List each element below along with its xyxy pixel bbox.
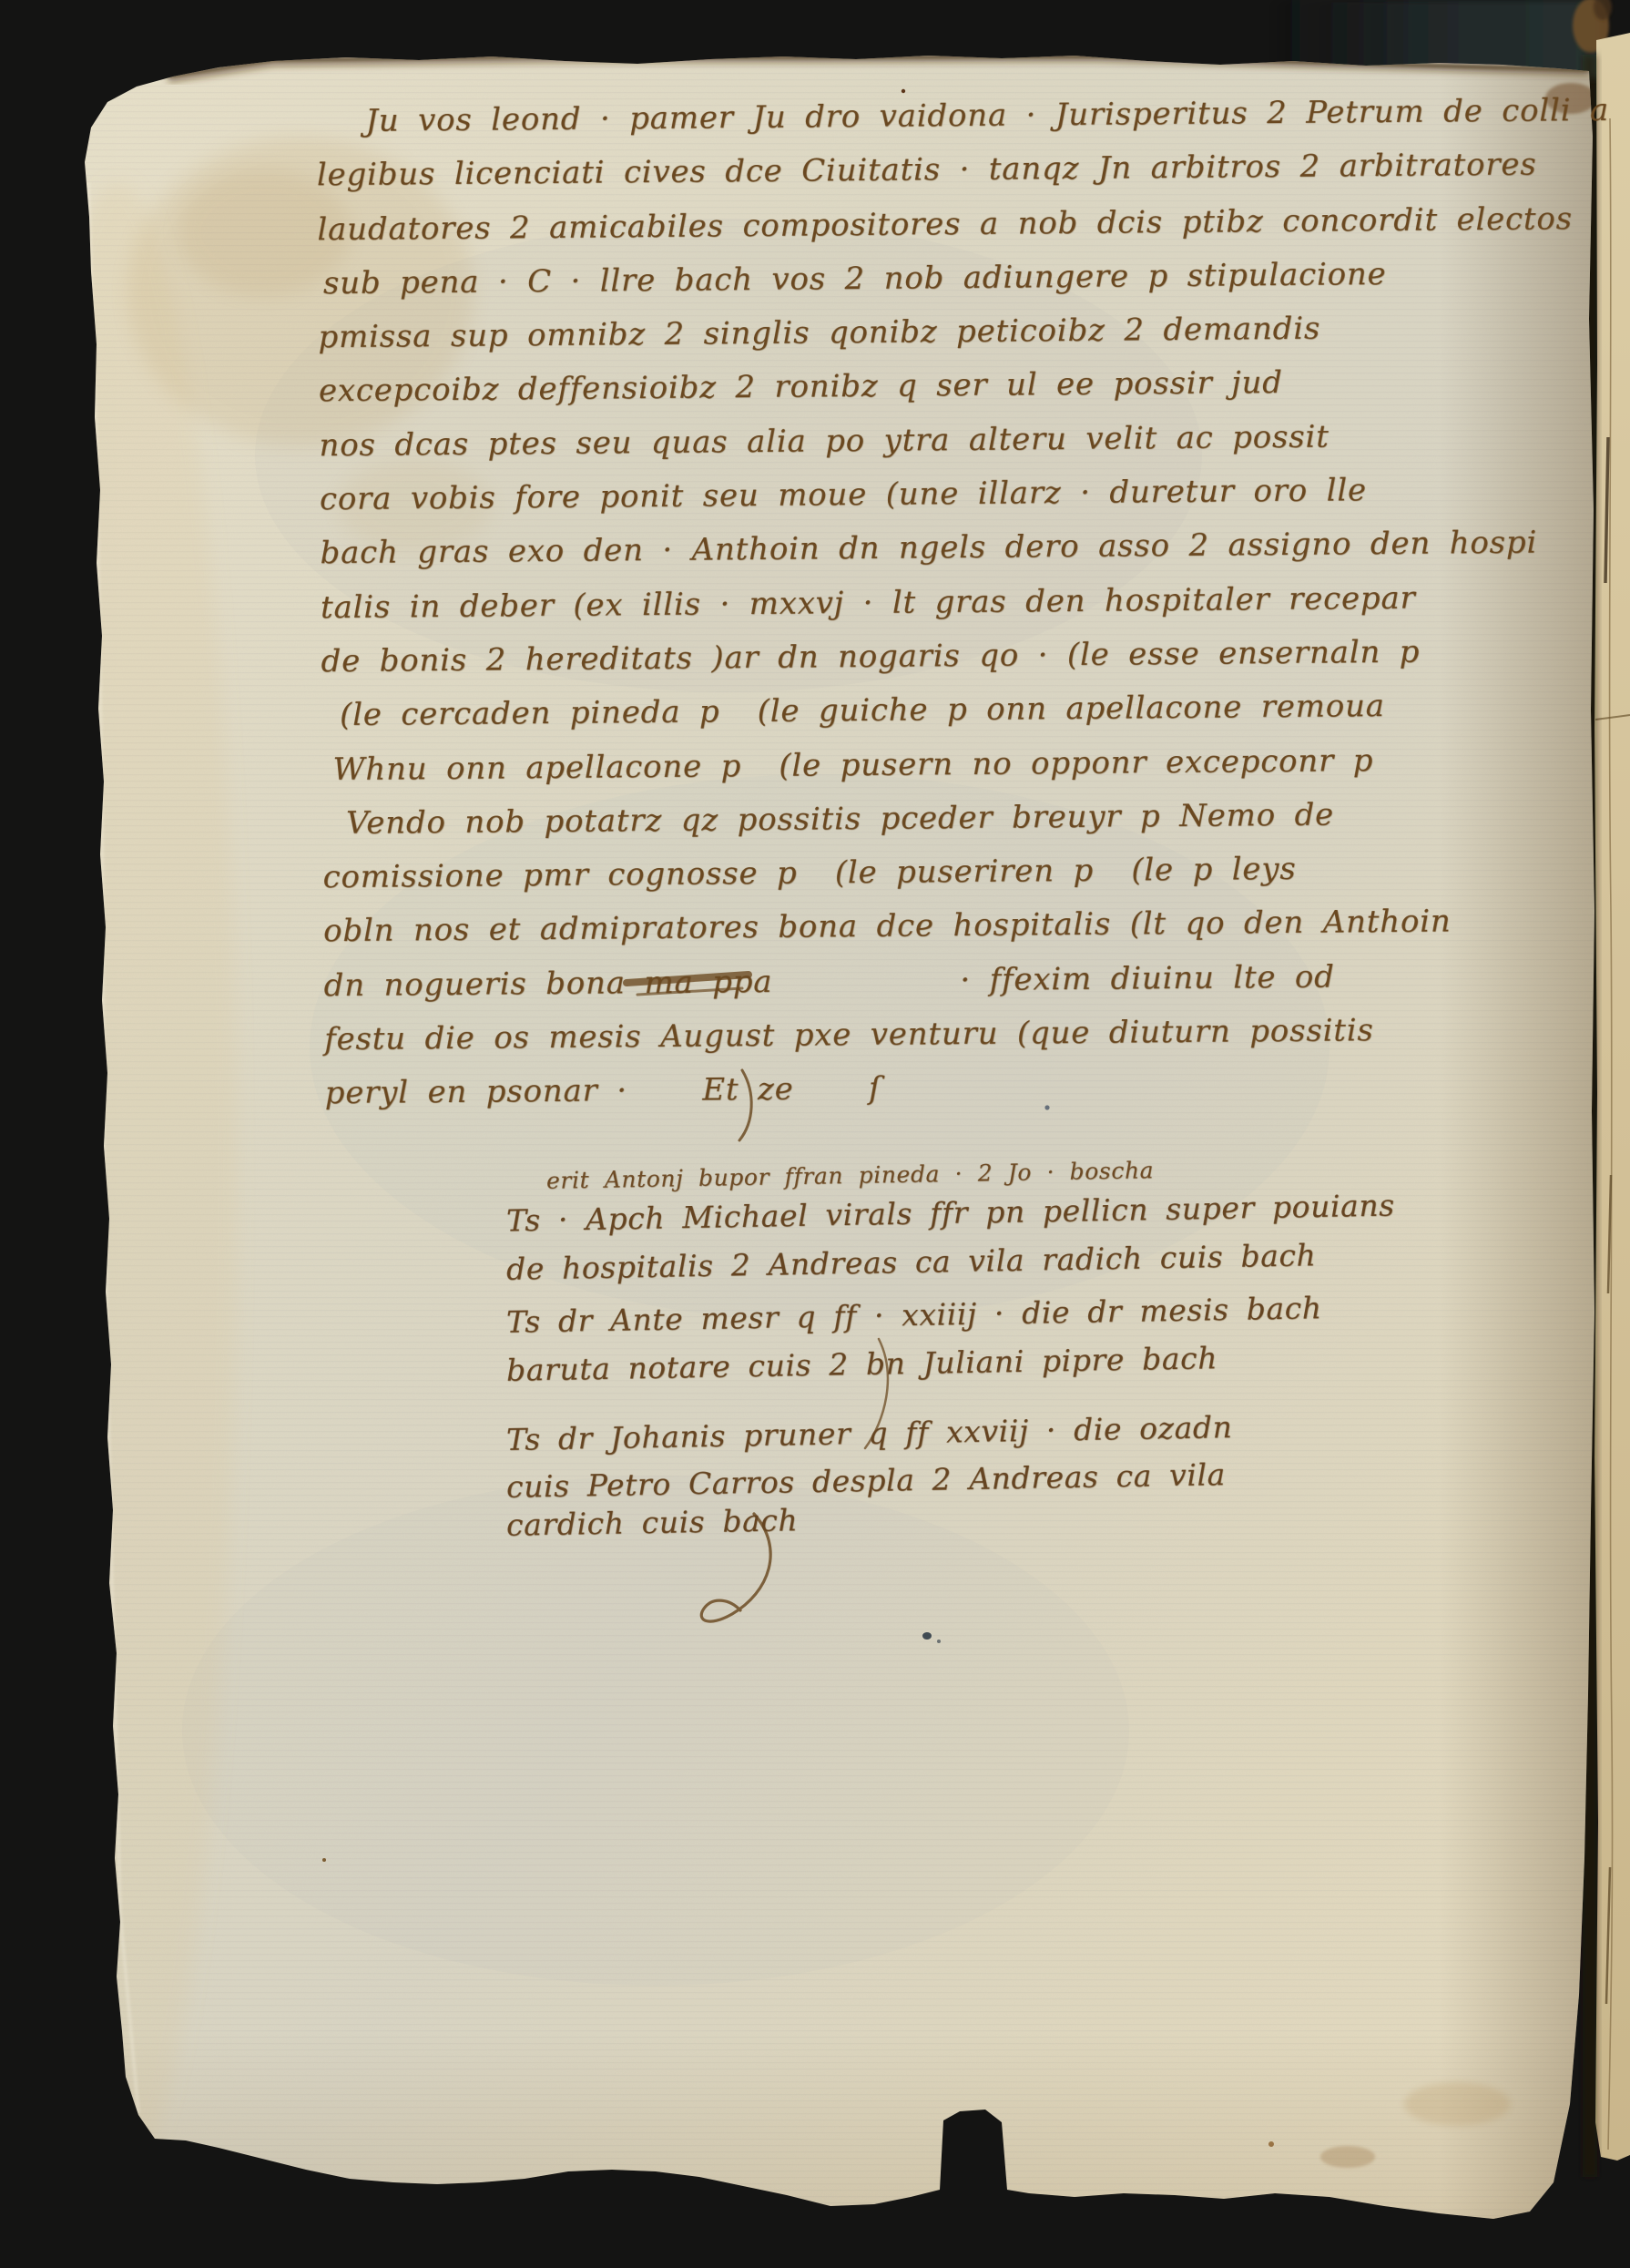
page-artwork [0,0,1630,2268]
manuscript-scan: Ju vos leond · pamer Ju dro vaidona · Ju… [0,0,1630,2268]
fore-edge-strip [1594,33,1630,2161]
paper-grain [55,36,1621,2241]
paper-texture [0,36,1621,2268]
